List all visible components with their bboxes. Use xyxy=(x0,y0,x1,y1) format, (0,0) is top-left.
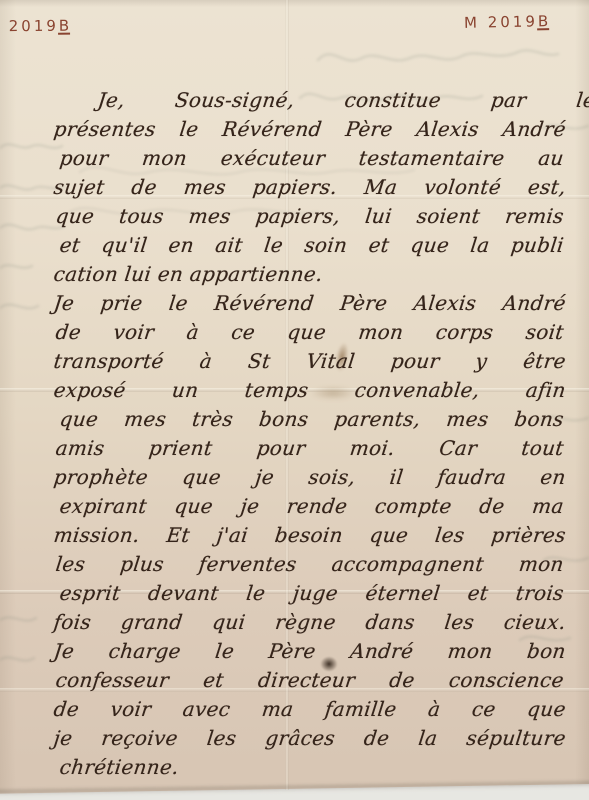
handwritten-line: que tous mes papiers, lui soient remis xyxy=(54,202,566,231)
handwritten-line: que mes très bons parents, mes bons xyxy=(58,405,566,434)
handwritten-line: transporté à St Vital pour y être xyxy=(52,347,568,376)
handwritten-line: sujet de mes papiers. Ma volonté est, xyxy=(52,173,568,202)
handwritten-line: exposé un temps convenable, afin xyxy=(52,376,568,405)
archive-number-stamp-left: M 2019B xyxy=(0,17,72,36)
handwritten-text-block: Je, Sous-signé, constitue par les présen… xyxy=(52,86,564,782)
handwritten-line: mission. Et j'ai besoin que les prières xyxy=(52,521,568,550)
handwritten-line: et qu'il en ait le soin et que la publi xyxy=(58,231,566,260)
handwritten-line: amis prient pour moi. Car tout xyxy=(54,434,566,463)
handwritten-line: esprit devant le juge éternel et trois xyxy=(58,579,566,608)
handwritten-line: présentes le Révérend Père Alexis André xyxy=(52,115,568,144)
handwritten-line: Je charge le Père André mon bon xyxy=(52,637,568,666)
handwritten-line: pour mon exécuteur testamentaire au xyxy=(58,144,566,173)
handwritten-line: de voir à ce que mon corps soit xyxy=(54,318,566,347)
handwritten-line: chrétienne. xyxy=(58,753,566,782)
handwritten-line: Je, Sous-signé, constitue par les xyxy=(54,86,589,115)
handwritten-line: prophète que je sois, il faudra en xyxy=(52,463,568,492)
handwritten-line: de voir avec ma famille à ce que xyxy=(52,695,568,724)
handwritten-line: les plus ferventes accompagnent mon xyxy=(54,550,566,579)
handwritten-line: je reçoive les grâces de la sépulture xyxy=(52,724,568,753)
handwritten-line: Je prie le Révérend Père Alexis André xyxy=(52,289,568,318)
handwritten-line: confesseur et directeur de conscience xyxy=(54,666,566,695)
handwritten-line: fois grand qui règne dans les cieux. xyxy=(52,608,568,637)
archive-number-stamp-right: M 2019B xyxy=(464,12,552,32)
scanned-letter-page: M 2019B M 2019B Je, Sous-signé, constitu… xyxy=(0,0,589,800)
handwritten-line: expirant que je rende compte de ma xyxy=(58,492,566,521)
handwritten-line: cation lui en appartienne. xyxy=(52,260,568,289)
